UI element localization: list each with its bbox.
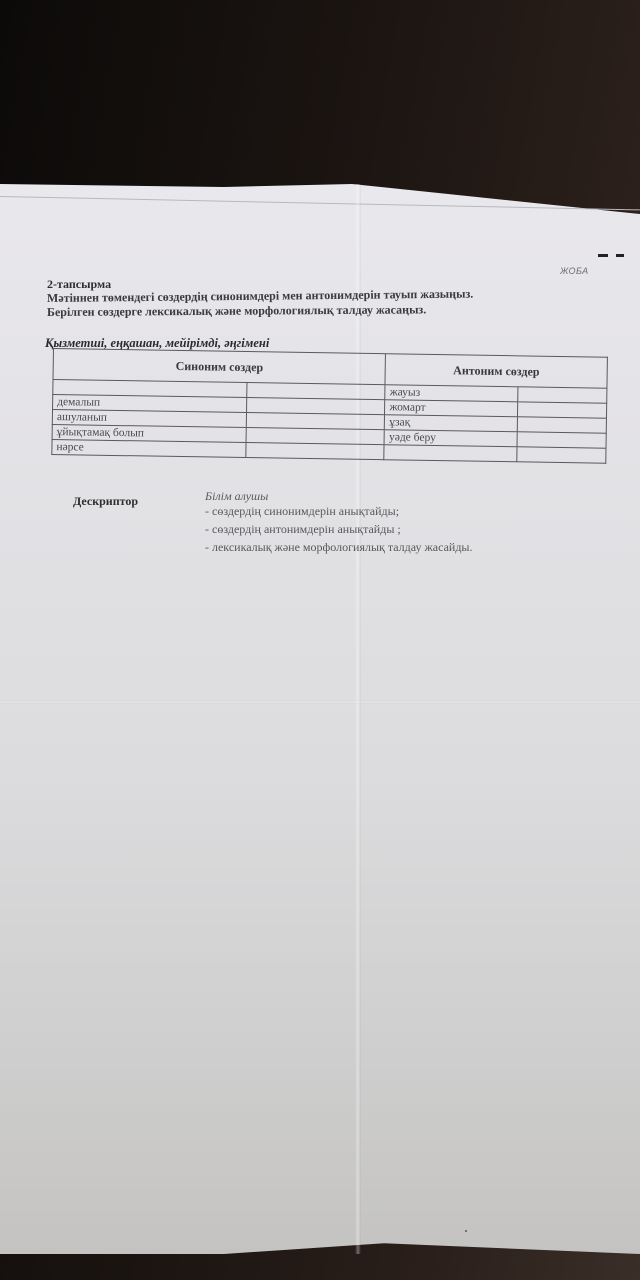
synonym-header: Синоним сөздер bbox=[53, 349, 386, 385]
antonym-answer-cell[interactable] bbox=[518, 402, 607, 418]
antonym-word: ұзақ bbox=[385, 415, 518, 432]
antonym-word: уәде беру bbox=[384, 430, 517, 447]
antonym-header: Антоним сөздер bbox=[385, 354, 607, 388]
antonym-word: жауыз bbox=[385, 385, 518, 402]
antonym-answer-cell[interactable] bbox=[518, 417, 607, 433]
paper-speck bbox=[465, 1230, 467, 1232]
antonym-word: жомарт bbox=[385, 400, 518, 417]
dash-mark-icon bbox=[598, 244, 632, 250]
antonym-answer-cell[interactable] bbox=[517, 447, 606, 463]
antonym-answer-cell[interactable] bbox=[517, 432, 606, 448]
antonym-word bbox=[384, 445, 517, 462]
draft-stamp: ЖОБА bbox=[560, 266, 589, 276]
antonym-answer-cell[interactable] bbox=[518, 387, 607, 403]
synonym-answer-cell[interactable] bbox=[246, 443, 385, 460]
vertical-fold bbox=[355, 184, 361, 1254]
descriptor-heading: Білім алушы bbox=[205, 489, 268, 504]
horizontal-fold bbox=[0, 700, 640, 704]
descriptor-item: - сөздердің синонимдерін анықтайды; bbox=[205, 504, 399, 519]
descriptor-item: - сөздердің антонимдерін анықтайды ; bbox=[205, 522, 401, 537]
descriptor-label: Дескриптор bbox=[73, 494, 138, 509]
synonym-word: нәрсе bbox=[52, 439, 246, 457]
instruction-line-2: Берілген сөздерге лексикалық және морфол… bbox=[47, 302, 426, 320]
synonym-antonym-table: Синоним сөздер Антоним сөздер жауыздемал… bbox=[51, 348, 608, 464]
descriptor-item: - лексикалық және морфологиялық талдау ж… bbox=[205, 540, 473, 555]
